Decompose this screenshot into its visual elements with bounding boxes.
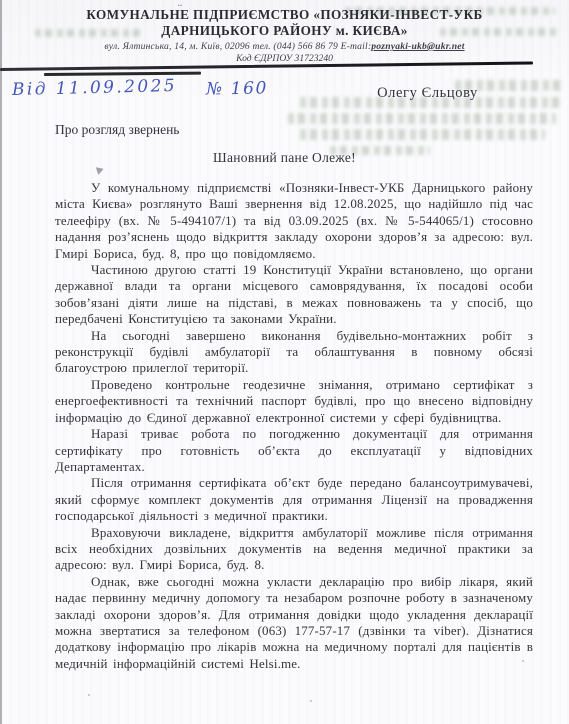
body-paragraph: Частиною другою статті 19 Конституції Ук…	[55, 262, 533, 328]
body-paragraph: Наразі триває робота по погодженню докум…	[55, 426, 533, 475]
letter-body: У комунальному підприємстві «Позняки-Інв…	[55, 180, 533, 672]
scan-speck	[88, 694, 90, 696]
body-paragraph: Проведено контрольне геодезичне знімання…	[55, 377, 533, 426]
salutation: Шановний пане Олеже!	[0, 150, 569, 166]
org-address-text: вул. Ялтинська, 14, м. Київ, 02096 тел. …	[104, 41, 371, 52]
org-address-line: вул. Ялтинська, 14, м. Київ, 02096 тел. …	[0, 41, 569, 52]
body-paragraph: На сьогодні завершено виконання будівель…	[55, 328, 533, 377]
handwritten-number: № 160	[206, 78, 268, 99]
bleed-through-artifact	[288, 113, 556, 124]
handwritten-date: Від 11.09.2025	[12, 76, 177, 100]
body-paragraph: Враховуючи викладене, відкриття амбулато…	[55, 525, 533, 574]
org-name-line1: КОМУНАЛЬНЕ ПІДПРИЄМСТВО «ПОЗНЯКИ-ІНВЕСТ-…	[0, 7, 569, 23]
body-paragraph: Після отримання сертифіката об’єкт буде …	[55, 475, 533, 524]
body-paragraph: У комунальному підприємстві «Позняки-Інв…	[55, 180, 533, 262]
bleed-through-artifact	[300, 129, 545, 140]
org-email: poznyaki-ukb@ukr.net	[371, 41, 464, 52]
org-name-line2: ДАРНИЦЬКОГО РАЙОНУ м. КИЄВА»	[0, 23, 569, 39]
scan-speck	[310, 700, 312, 702]
letterhead-rule-short	[44, 72, 201, 76]
scan-edge-left	[0, 0, 2, 724]
scan-speck	[522, 660, 524, 662]
letterhead-clipped-line: ДАРНИЦЬКА РАЙОННА В МІСТІ КИЄВІ ДЕРЖАВНА…	[0, 0, 569, 6]
addressee-name: Олегу Єльцову	[340, 85, 515, 102]
body-paragraph: Однак, вже сьогодні можна укласти деклар…	[55, 574, 533, 672]
cursor-artifact-icon	[94, 167, 103, 176]
subject-line: Про розгляд звернень	[55, 122, 179, 138]
letter-document: ДАРНИЦЬКА РАЙОННА В МІСТІ КИЄВІ ДЕРЖАВНА…	[0, 0, 569, 724]
